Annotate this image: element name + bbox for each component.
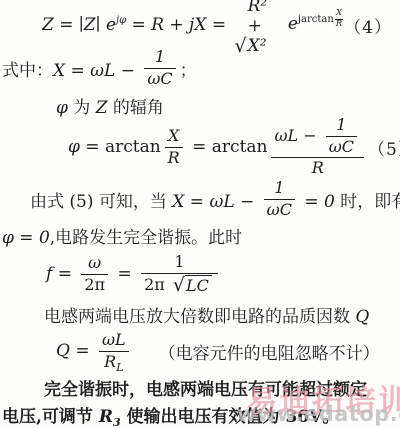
math-token: R xyxy=(99,407,113,427)
math-token: ωL − xyxy=(274,127,321,145)
math-token: 2π xyxy=(144,276,170,294)
text-token: 式中： xyxy=(2,61,53,81)
q-equation: Q = ωLRL（电容元件的电阻忽略不计） xyxy=(0,328,400,374)
phi-definition-text: φ 为 Z 的辐角 xyxy=(56,93,164,118)
text-token: 电压,可调节 xyxy=(2,407,99,427)
equation-number: （4） xyxy=(344,13,392,38)
function-name: arctan xyxy=(105,137,161,157)
subscript: L xyxy=(116,361,123,374)
fraction-numerator: 1 xyxy=(144,48,175,68)
fraction-numerator: X xyxy=(335,9,343,20)
fraction: XR xyxy=(165,127,183,167)
fraction-denominator: 2π xyxy=(81,275,108,294)
function-name: jarctan xyxy=(298,14,334,25)
fraction-numerator: X xyxy=(165,127,183,147)
text-token: 的辐角 xyxy=(108,98,164,118)
fraction: 12π √LC xyxy=(141,253,218,295)
big-fraction: ωL − 1ωCR xyxy=(271,116,364,177)
radical-icon: √ xyxy=(173,276,185,295)
math-token: = 0 xyxy=(299,192,335,212)
math-token: = R + jX = xyxy=(126,15,231,35)
exponent-jarctan: jarctanXR xyxy=(298,14,344,25)
quality-factor-line: 电感两端电压放大倍数即电路的品质因数 Q xyxy=(0,300,400,328)
text-token: 为 xyxy=(68,98,96,118)
fraction-denominator: 2π √LC xyxy=(141,274,218,295)
parenthetical-note: （电容元件的电阻忽略不计） xyxy=(159,339,380,364)
nested-fraction: 1ωC xyxy=(326,116,357,156)
equation-4: Z = ∣Z∣ ejφ = R + jX = √R² + X² ejarctan… xyxy=(0,6,400,44)
function-name: arctan xyxy=(212,137,268,157)
scanned-document-page: { "page": { "background": "#fdfdfc", "te… xyxy=(0,0,400,428)
frequency-equation: f = ω2π = 12π √LC xyxy=(0,248,400,300)
equation-5-lhs: φ = arctan xyxy=(68,137,161,157)
fraction-numerator: 1 xyxy=(141,253,218,273)
math-token: Q = xyxy=(56,341,95,361)
fraction-denominator: R xyxy=(165,148,183,167)
math-token: X = ωL − xyxy=(172,192,259,212)
resonance-line: φ = 0,电路发生完全谐振。此时 xyxy=(0,222,400,248)
fraction-numerator: ωL xyxy=(99,331,129,351)
math-token: = xyxy=(187,137,212,157)
conclusion-line-2: 电压,可调节 R3 使输出电压有效值为 36V。 xyxy=(0,401,400,428)
resonance-text: φ = 0,电路发生完全谐振。此时 xyxy=(2,223,242,248)
fraction-numerator: 1 xyxy=(326,116,357,136)
conclusion-line-1: 完全谐振时，电感两端电压有可能超过额定 xyxy=(0,374,400,401)
math-token: Z = ∣Z∣ e xyxy=(42,15,116,35)
math-token: X = ωL − xyxy=(53,61,140,81)
subscript: 3 xyxy=(113,416,121,428)
derivation-text: 由式 (5) 可知，当 X = ωL − xyxy=(30,187,260,212)
text-token: 由式 (5) 可知，当 xyxy=(30,192,172,212)
quality-factor-text: 电感两端电压放大倍数即电路的品质因数 Q xyxy=(44,302,369,327)
fraction: XR xyxy=(335,9,343,30)
math-token: e xyxy=(282,14,297,34)
math-token: Q xyxy=(355,307,369,327)
math-token: R xyxy=(104,352,116,371)
derivation-tail: = 0 时，即有 xyxy=(299,187,400,212)
equation-5-mid: = arctan xyxy=(187,137,268,157)
math-token: φ = xyxy=(68,137,105,157)
fraction: 1ωC xyxy=(264,179,295,219)
fraction-denominator: R xyxy=(335,20,343,30)
math-token: = xyxy=(112,264,137,284)
text-token: 电感两端电压放大倍数即电路的品质因数 xyxy=(44,307,355,327)
where-text: 式中：X = ωL − xyxy=(2,56,140,81)
fraction: 1ωC xyxy=(144,48,175,88)
equation-4-exp-factor: ejarctanXR xyxy=(282,14,344,37)
fraction-denominator: RL xyxy=(99,352,129,371)
equation-5: φ = arctanXR = arctanωL − 1ωCR（5） xyxy=(0,118,400,176)
fraction-numerator: 1 xyxy=(264,179,295,199)
text-token: 时，即有 xyxy=(335,192,400,212)
text-token: 使输出电压有效值为 36V。 xyxy=(121,407,340,427)
square-root: √LC xyxy=(173,275,212,295)
text-token: ,电路发生完全谐振。此时 xyxy=(50,228,242,248)
text-token: 完全谐振时，电感两端电压有可能超过额定 xyxy=(44,375,367,400)
fraction-numerator: ωL − 1ωC xyxy=(271,116,364,158)
fraction-denominator: ωC xyxy=(326,137,357,156)
derivation-line: 由式 (5) 可知，当 X = ωL − 1ωC = 0 时，即有 xyxy=(0,176,400,222)
phi-definition: φ 为 Z 的辐角 xyxy=(0,92,400,118)
math-token: φ xyxy=(56,98,68,118)
exponent-j-phi: jφ xyxy=(116,15,126,26)
document-body: Z = ∣Z∣ ejφ = R + jX = √R² + X² ejarctan… xyxy=(0,0,400,428)
conclusion-text: 电压,可调节 R3 使输出电压有效值为 36V。 xyxy=(2,402,339,427)
fraction-numerator: ω xyxy=(81,254,108,274)
fraction: ωLRL xyxy=(99,331,129,371)
fraction-denominator: ωC xyxy=(264,200,295,219)
text-token: ； xyxy=(180,56,197,81)
equation-4-lhs: Z = ∣Z∣ ejφ = R + jX = xyxy=(42,15,232,35)
fraction-denominator: ωC xyxy=(144,69,175,88)
fraction-denominator: R xyxy=(271,158,364,177)
sqrt-body: LC xyxy=(185,275,212,295)
math-token: φ = 0 xyxy=(2,228,50,248)
equation-number: （5） xyxy=(368,135,400,160)
where-clause: 式中：X = ωL − 1ωC； xyxy=(0,44,400,92)
math-token: f = xyxy=(46,264,77,284)
fraction: ω2π xyxy=(81,254,108,294)
math-token: Z xyxy=(96,98,108,118)
